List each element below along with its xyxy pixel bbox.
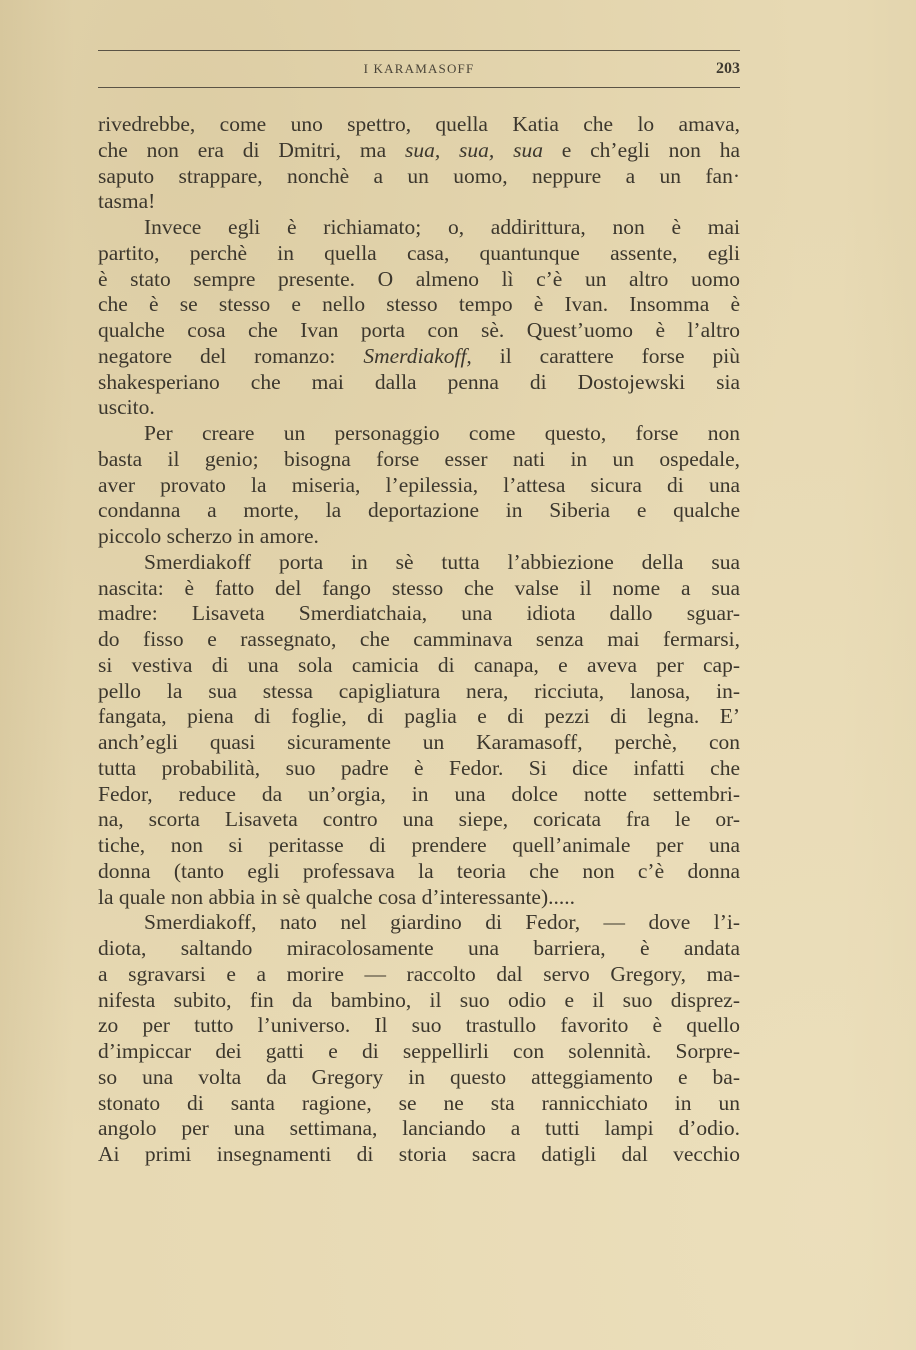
text-line: uscito. <box>98 395 740 421</box>
paragraph: Smerdiakoff, nato nel giardino di Fedor,… <box>98 910 740 1168</box>
text-line: qualche cosa che Ivan porta con sè. Ques… <box>98 318 740 344</box>
text-line: negatore del romanzo: Smerdiakoff, il ca… <box>98 344 740 370</box>
text-line: rivedrebbe, come uno spettro, quella Kat… <box>98 112 740 138</box>
text-line: Per creare un personaggio come questo, f… <box>98 421 740 447</box>
text-line: Invece egli è richiamato; o, addirittura… <box>98 215 740 241</box>
text-line: do fisso e rassegnato, che camminava sen… <box>98 627 740 653</box>
paragraph: Per creare un personaggio come questo, f… <box>98 421 740 550</box>
header-rule-bottom <box>98 87 740 88</box>
paragraph: rivedrebbe, come uno spettro, quella Kat… <box>98 112 740 215</box>
text-line: madre: Lisaveta Smerdiatchaia, una idiot… <box>98 601 740 627</box>
text-line: stonato di santa ragione, se ne sta rann… <box>98 1091 740 1117</box>
text-line: Ai primi insegnamenti di storia sacra da… <box>98 1142 740 1168</box>
text-segment: e ch’egli non ha <box>543 138 740 162</box>
text-line: basta il genio; bisogna forse esser nati… <box>98 447 740 473</box>
text-line: è stato sempre presente. O almeno lì c’è… <box>98 267 740 293</box>
text-line: angolo per una settimana, lanciando a tu… <box>98 1116 740 1142</box>
text-line: na, scorta Lisaveta contro una siepe, co… <box>98 807 740 833</box>
text-line: che non era di Dmitri, ma sua, sua, sua … <box>98 138 740 164</box>
italic-text: sua, sua, sua <box>405 138 543 162</box>
text-line: d’impiccar dei gatti e di seppellirli co… <box>98 1039 740 1065</box>
text-line: fangata, piena di foglie, di paglia e di… <box>98 704 740 730</box>
text-line: che è se stesso e nello stesso tempo è I… <box>98 292 740 318</box>
text-line: tasma! <box>98 189 740 215</box>
page-number: 203 <box>716 51 740 87</box>
text-line: piccolo scherzo in amore. <box>98 524 740 550</box>
text-line: Smerdiakoff porta in sè tutta l’abbiezio… <box>98 550 740 576</box>
text-line: diota, saltando miracolosamente una barr… <box>98 936 740 962</box>
running-title: I KARAMASOFF <box>98 51 740 87</box>
book-page: I KARAMASOFF 203 rivedrebbe, come uno sp… <box>98 50 740 1168</box>
paragraph: Invece egli è richiamato; o, addirittura… <box>98 215 740 421</box>
text-line: tutta probabilità, suo padre è Fedor. Si… <box>98 756 740 782</box>
text-line: nascita: è fatto del fango stesso che va… <box>98 576 740 602</box>
text-line: tiche, non si peritasse di prendere quel… <box>98 833 740 859</box>
text-segment: negatore del romanzo: <box>98 344 363 368</box>
text-line: pello la sua stessa capigliatura nera, r… <box>98 679 740 705</box>
text-line: aver provato la miseria, l’epilessia, l’… <box>98 473 740 499</box>
text-line: donna (tanto egli professava la teoria c… <box>98 859 740 885</box>
text-line: shakesperiano che mai dalla penna di Dos… <box>98 370 740 396</box>
text-line: nifesta subito, fin da bambino, il suo o… <box>98 988 740 1014</box>
text-line: si vestiva di una sola camicia di canapa… <box>98 653 740 679</box>
text-line: so una volta da Gregory in questo attegg… <box>98 1065 740 1091</box>
text-line: zo per tutto l’universo. Il suo trastull… <box>98 1013 740 1039</box>
text-line: condanna a morte, la deportazione in Sib… <box>98 498 740 524</box>
text-line: saputo strappare, nonchè a un uomo, nepp… <box>98 164 740 190</box>
running-head: I KARAMASOFF 203 <box>98 51 740 87</box>
text-line: Smerdiakoff, nato nel giardino di Fedor,… <box>98 910 740 936</box>
text-segment: il carattere forse più <box>472 344 740 368</box>
italic-text: Smerdiakoff, <box>363 344 471 368</box>
text-line: a sgravarsi e a morire — raccolto dal se… <box>98 962 740 988</box>
text-segment: che non era di Dmitri, ma <box>98 138 405 162</box>
text-line: Fedor, reduce da un’orgia, in una dolce … <box>98 782 740 808</box>
paragraph: Smerdiakoff porta in sè tutta l’abbiezio… <box>98 550 740 911</box>
text-line: la quale non abbia in sè qualche cosa d’… <box>98 885 740 911</box>
text-line: anch’egli quasi sicuramente un Karamasof… <box>98 730 740 756</box>
text-line: partito, perchè in quella casa, quantunq… <box>98 241 740 267</box>
body-text: rivedrebbe, come uno spettro, quella Kat… <box>98 112 740 1168</box>
